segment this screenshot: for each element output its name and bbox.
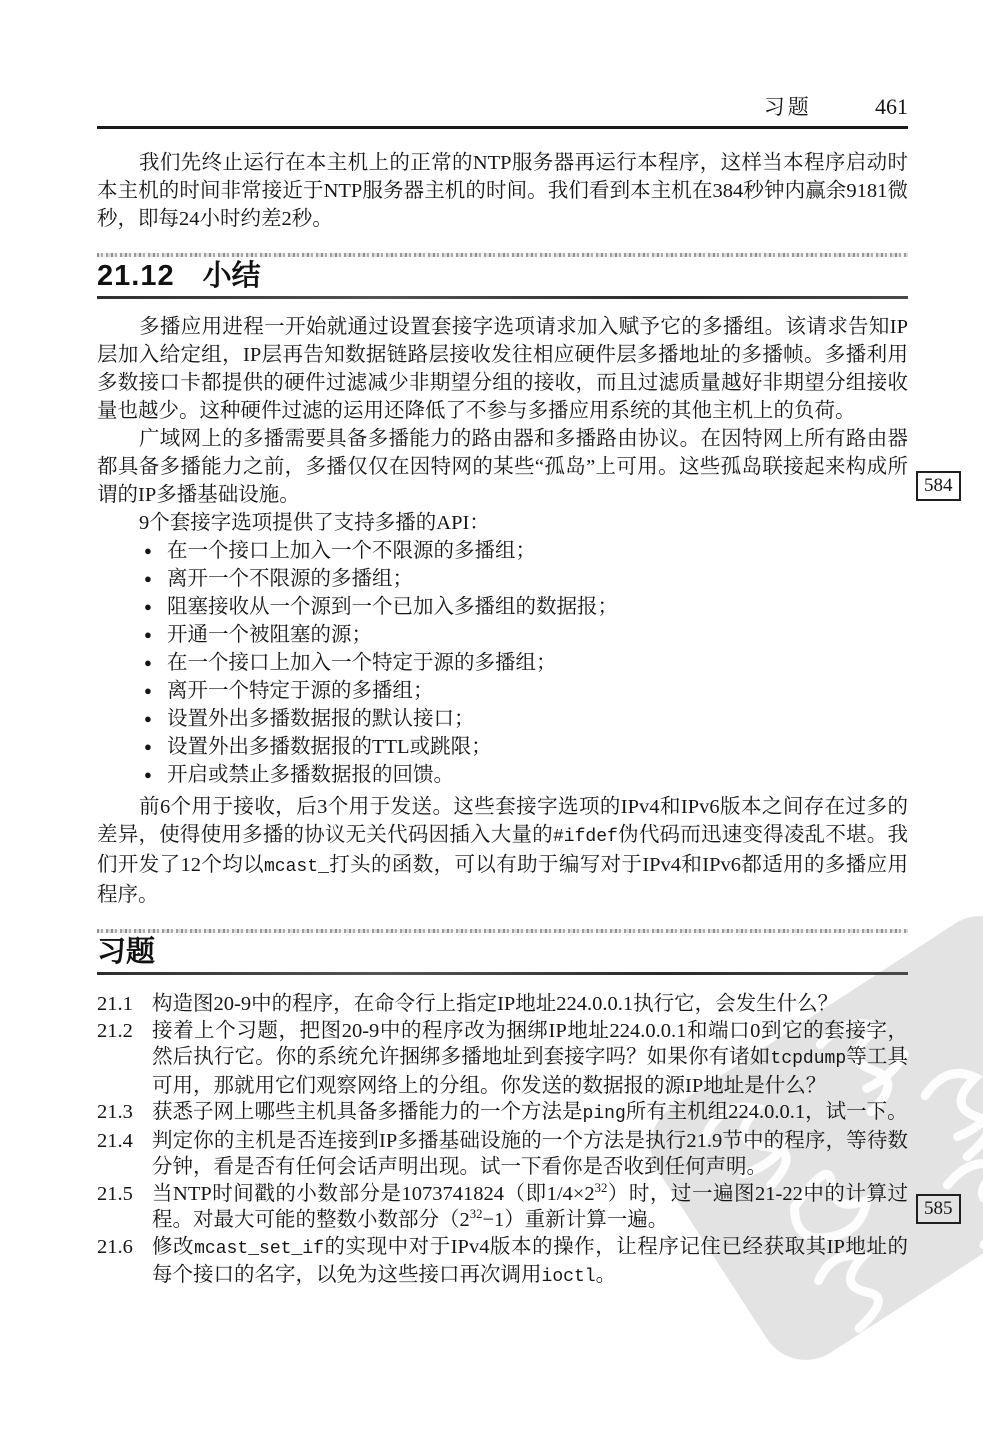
text-segment: 我们先终止运行在本主机上的正常的NTP服务器再运行本程序，这样当本程序启动时本主… [97,152,908,230]
text-segment: 在一个接口上加入一个特定于源的多播组； [167,652,557,674]
bullet-icon: ● [144,677,152,705]
text-segment: 离开一个特定于源的多播组； [167,680,434,702]
margin-page-marker: 585 [916,1194,961,1224]
bullet-icon: ● [144,649,152,677]
exercise-number: 21.6 [97,1234,152,1291]
bullet-item: ●阻塞接收从一个源到一个已加入多播组的数据报； [97,593,908,621]
paragraph: 多播应用进程一开始就通过设置套接字选项请求加入赋予它的多播组。该请求告知IP层加… [97,313,908,425]
exercise-item: 21.3获悉子网上哪些主机具备多播能力的一个方法是ping所有主机组224.0.… [97,1099,908,1128]
bullet-icon: ● [144,621,152,649]
section-heading-block: 习题 [97,929,908,975]
code-text: ioctl [542,1267,596,1287]
text-segment: 9个套接字选项提供了支持多播的API： [139,512,490,534]
section-heading: 21.12小结 [97,257,908,296]
paragraph: 我们先终止运行在本主机上的正常的NTP服务器再运行本程序，这样当本程序启动时本主… [97,149,908,233]
bullet-item: ●离开一个不限源的多播组； [97,565,908,593]
text-segment: 所有主机组224.0.0.1，试一下。 [626,1101,908,1123]
text-segment: 获悉子网上哪些主机具备多播能力的一个方法是 [152,1101,583,1123]
code-text: ping [583,1104,626,1124]
section-number: 21.12 [97,260,175,292]
exercise-number: 21.3 [97,1099,152,1128]
text-segment: 判定你的主机是否连接到IP多播基础设施的一个方法是执行21.9节中的程序，等待数… [152,1130,908,1179]
book-page: { "colors": { "page_bg": "#ffffff", "tex… [0,0,983,1447]
exercise-text: 判定你的主机是否连接到IP多播基础设施的一个方法是执行21.9节中的程序，等待数… [152,1128,908,1181]
exercise-item: 21.6修改mcast_set_if的实现中对于IPv4版本的操作，让程序记住已… [97,1234,908,1291]
text-segment: 。 [596,1264,617,1286]
exercise-item: 21.1构造图20-9中的程序，在命令行上指定IP地址224.0.0.1执行它，… [97,991,908,1018]
exercise-number: 21.1 [97,991,152,1018]
text-segment: 离开一个不限源的多播组； [167,568,413,590]
section-heading-block: 21.12小结 [97,253,908,299]
code-text: mcast_set_if [194,1239,324,1259]
text-segment: 广域网上的多播需要具备多播能力的路由器和多播路由协议。在因特网上所有路由器都具备… [97,428,908,506]
bullet-item: ●设置外出多播数据报的默认接口； [97,705,908,733]
header-rule [97,126,908,129]
text-segment: 设置外出多播数据报的TTL或跳限； [167,736,492,758]
exercise-text: 获悉子网上哪些主机具备多播能力的一个方法是ping所有主机组224.0.0.1，… [152,1099,908,1128]
margin-page-marker: 584 [916,471,961,501]
code-text: mcast_ [264,857,329,877]
section-title: 习题 [97,936,155,968]
bullet-item: ●在一个接口上加入一个不限源的多播组； [97,537,908,565]
page-content: 习题 461 我们先终止运行在本主机上的正常的NTP服务器再运行本程序，这样当本… [97,0,908,1291]
bullet-list: ●在一个接口上加入一个不限源的多播组；●离开一个不限源的多播组；●阻塞接收从一个… [97,537,908,789]
text-segment: −1）重新计算一遍。 [482,1209,668,1231]
exercise-number: 21.5 [97,1181,152,1234]
document-body: 我们先终止运行在本主机上的正常的NTP服务器再运行本程序，这样当本程序启动时本主… [97,149,908,1291]
running-head-page-number: 461 [875,92,908,122]
paragraph: 9个套接字选项提供了支持多播的API： [97,509,908,537]
bullet-icon: ● [144,593,152,621]
section-rule [97,296,908,299]
exercise-item: 21.5当NTP时间戳的小数部分是1073741824（即1/4×232）时，过… [97,1181,908,1234]
exercise-text: 接着上个习题，把图20-9中的程序改为捆绑IP地址224.0.0.1和端口0到它… [152,1018,908,1100]
text-segment: 开启或禁止多播数据报的回馈。 [167,764,454,786]
text-segment: 当NTP时间戳的小数部分是1073741824（即1/4×2 [152,1183,595,1205]
bullet-icon: ● [144,705,152,733]
text-segment: 32 [470,1207,483,1221]
exercise-number: 21.4 [97,1128,152,1181]
bullet-item: ●在一个接口上加入一个特定于源的多播组； [97,649,908,677]
bullet-icon: ● [144,761,152,789]
running-head-section-label: 习题 [764,95,812,119]
exercise-item: 21.4判定你的主机是否连接到IP多播基础设施的一个方法是执行21.9节中的程序… [97,1128,908,1181]
bullet-item: ●开通一个被阻塞的源； [97,621,908,649]
running-head: 习题 461 [97,0,908,122]
text-segment: 构造图20-9中的程序，在命令行上指定IP地址224.0.0.1执行它，会发生什… [152,993,838,1015]
section-heading: 习题 [97,933,908,972]
bullet-item: ●开启或禁止多播数据报的回馈。 [97,761,908,789]
exercise-item: 21.2接着上个习题，把图20-9中的程序改为捆绑IP地址224.0.0.1和端… [97,1018,908,1100]
code-text: tcpdump [770,1049,846,1069]
exercise-text: 当NTP时间戳的小数部分是1073741824（即1/4×232）时，过一遍图2… [152,1181,908,1234]
text-segment: 多播应用进程一开始就通过设置套接字选项请求加入赋予它的多播组。该请求告知IP层加… [97,316,908,422]
text-segment: 32 [595,1181,608,1195]
paragraph: 广域网上的多播需要具备多播能力的路由器和多播路由协议。在因特网上所有路由器都具备… [97,425,908,509]
exercise-list: 21.1构造图20-9中的程序，在命令行上指定IP地址224.0.0.1执行它，… [97,991,908,1291]
bullet-icon: ● [144,565,152,593]
section-rule [97,972,908,975]
bullet-item: ●设置外出多播数据报的TTL或跳限； [97,733,908,761]
text-segment: 修改 [152,1236,194,1258]
text-segment: 阻塞接收从一个源到一个已加入多播组的数据报； [167,596,618,618]
code-text: #ifdef [553,827,618,847]
bullet-item: ●离开一个特定于源的多播组； [97,677,908,705]
bullet-icon: ● [144,537,152,565]
bullet-icon: ● [144,733,152,761]
text-segment: 在一个接口上加入一个不限源的多播组； [167,540,536,562]
exercise-text: 构造图20-9中的程序，在命令行上指定IP地址224.0.0.1执行它，会发生什… [152,991,908,1018]
text-segment: 开通一个被阻塞的源； [167,624,372,646]
exercise-number: 21.2 [97,1018,152,1100]
section-title: 小结 [203,260,261,292]
text-segment: 设置外出多播数据报的默认接口； [167,708,475,730]
exercise-text: 修改mcast_set_if的实现中对于IPv4版本的操作，让程序记住已经获取其… [152,1234,908,1291]
paragraph: 前6个用于接收，后3个用于发送。这些套接字选项的IPv4和IPv6版本之间存在过… [97,793,908,909]
